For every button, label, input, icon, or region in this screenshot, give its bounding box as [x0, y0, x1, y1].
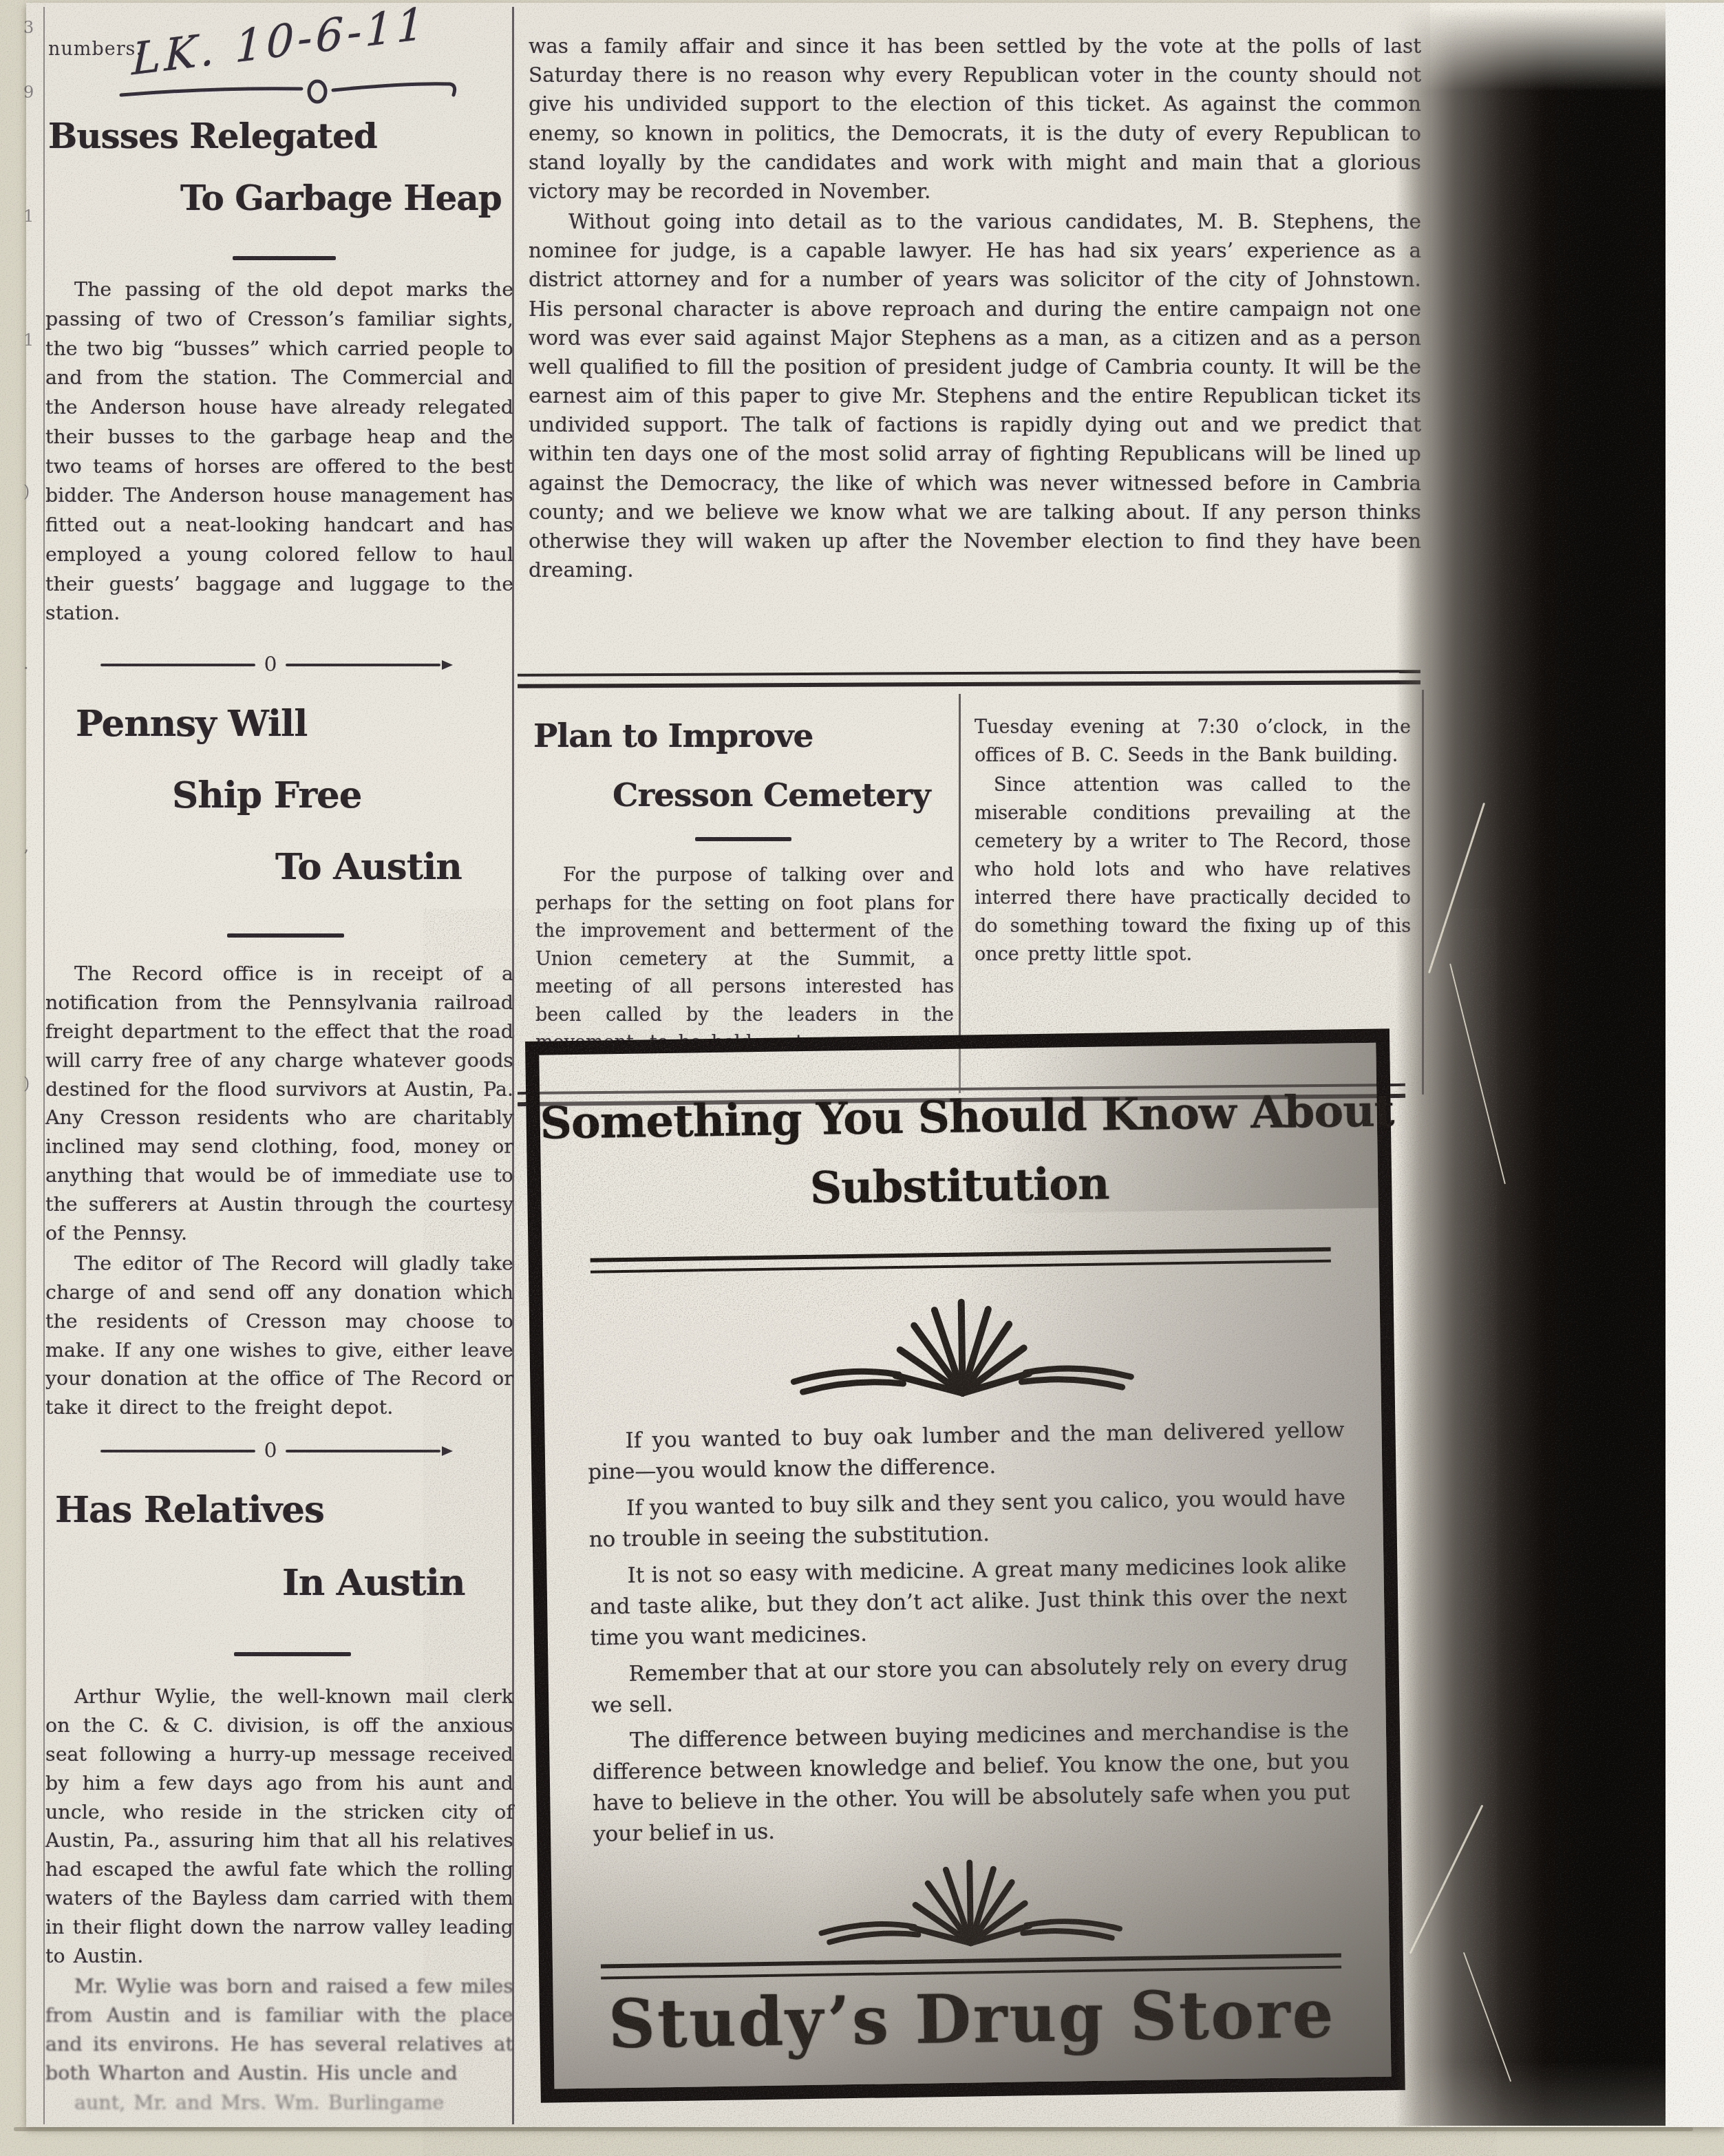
margin-glyph: 1 [23, 207, 34, 226]
separator-line [100, 1450, 255, 1452]
fan-ornament-icon [811, 1850, 1129, 1953]
article-paragraph: was a family affair and since it has bee… [529, 32, 1421, 206]
handwritten-date-text: LK. 10-6-11 [131, 0, 428, 86]
ad-paragraph: Remember that at our store you can absol… [590, 1648, 1348, 1721]
headline-divider [227, 933, 344, 938]
headline-cemetery-line2: Cresson Cemetery [613, 776, 930, 814]
scan-dark-band [1396, 8, 1666, 2126]
store-name: Study’s Drug Store [566, 1974, 1379, 2064]
margin-glyph: 9 [23, 83, 34, 102]
article-paragraph: The passing of the old depot marks the p… [45, 275, 513, 628]
handwritten-note: LK. 10-6-11 [110, 11, 496, 121]
separator-line [100, 664, 255, 666]
fan-ornament-icon [782, 1289, 1141, 1404]
left-edge-rule [43, 7, 45, 2124]
ad-body-text: If you wanted to buy oak lumber and the … [587, 1415, 1350, 1855]
headline-divider [695, 837, 791, 841]
handwriting-underline [117, 77, 475, 105]
article-paragraph-faded: aunt, Mr. and Mrs. Wm. Burlingame [45, 2089, 513, 2117]
headline-relatives-line1: Has Relatives [55, 1488, 324, 1531]
headline-cemetery-line1: Plan to Improve [533, 717, 813, 755]
article-cemetery-left: For the purpose of talking over and perh… [535, 862, 954, 1059]
ad-box: Something You Should Know About Substitu… [525, 1028, 1405, 2102]
article-paragraph: For the purpose of talking over and perh… [535, 862, 954, 1057]
cemetery-column-rule [959, 694, 961, 1093]
separator-line [286, 664, 440, 666]
ad-content: Something You Should Know About Substitu… [539, 1043, 1391, 2089]
ad-paragraph: If you wanted to buy oak lumber and the … [587, 1415, 1345, 1488]
article-paragraph: Without going into detail as to the vari… [529, 207, 1421, 584]
headline-relatives-line2: In Austin [282, 1561, 465, 1604]
headline-divider [233, 256, 336, 260]
article-cemetery-right: Tuesday evening at 7:30 o’clock, in the … [975, 713, 1411, 970]
article-paragraph: Since attention was called to the misera… [975, 771, 1411, 969]
headline-busses-line2: To Garbage Heap [180, 178, 502, 218]
headline-pennsy-line3: To Austin [275, 845, 462, 888]
ad-paragraph: If you wanted to buy silk and they sent … [588, 1482, 1346, 1555]
margin-glyph: 3 [23, 18, 34, 37]
article-busses-body: The passing of the old depot marks the p… [45, 275, 513, 630]
newspaper-scan: { "colors": { "paper": "#efece3", "ink":… [0, 0, 1724, 2156]
margin-glyph: 1 [23, 330, 34, 350]
headline-divider [234, 1652, 351, 1656]
headline-busses-line1: Busses Relegated [48, 116, 377, 156]
separator-arrowhead-icon [442, 660, 453, 670]
article-relatives-body: Arthur Wylie, the well-known mail clerk … [45, 1682, 513, 2119]
article-editorial-body: was a family affair and since it has bee… [529, 32, 1421, 586]
article-paragraph: Arthur Wylie, the well-known mail clerk … [45, 1682, 513, 1971]
article-paragraph: The Record office is in receipt of a not… [45, 960, 513, 1248]
page-bottom-edge [14, 2127, 1693, 2131]
page-right-margin [1666, 3, 1724, 2127]
article-paragraph: The editor of The Record will gladly tak… [45, 1249, 513, 1422]
margin-glyph: ) [23, 1074, 30, 1093]
ad-headline-line1: Something You Should Know About [540, 1086, 1377, 1150]
ad-headline-line2: Substitution [541, 1154, 1379, 1218]
separator-arrowhead-icon [442, 1446, 453, 1456]
article-pennsy-body: The Record office is in receipt of a not… [45, 960, 513, 1424]
headline-pennsy-line2: Ship Free [172, 774, 362, 816]
ad-paragraph: The difference between buying medicines … [592, 1715, 1351, 1850]
article-paragraph: Mr. Wylie was born and raised a few mile… [45, 1972, 513, 2088]
separator-o: 0 [264, 653, 277, 677]
margin-glyph: . [23, 654, 29, 673]
margin-glyph: ) [23, 482, 30, 501]
article-separator: 0 [43, 653, 511, 677]
ad-paragraph: It is not so easy with medicine. A great… [589, 1550, 1348, 1653]
article-separator: 0 [43, 1439, 511, 1463]
headline-pennsy-line1: Pennsy Will [76, 702, 307, 745]
separator-line [286, 1450, 440, 1452]
margin-glyph: ’ [23, 847, 29, 866]
separator-o: 0 [264, 1439, 277, 1463]
article-paragraph: Tuesday evening at 7:30 o’clock, in the … [975, 713, 1411, 770]
ad-double-rule-top [590, 1247, 1331, 1273]
